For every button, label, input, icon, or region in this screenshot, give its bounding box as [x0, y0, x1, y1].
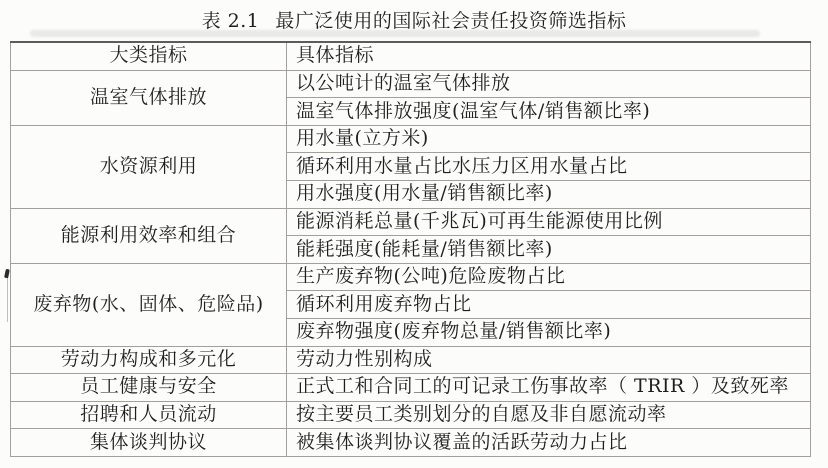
category-cell: 废弃物(水、固体、危险品) — [11, 263, 287, 346]
detail-cell: 能耗强度(能耗量/销售额比率) — [287, 236, 811, 264]
table-row: 温室气体排放以公吨计的温室气体排放 — [11, 70, 811, 98]
detail-cell: 循环利用废弃物占比 — [287, 291, 811, 319]
table-row: 废弃物(水、固体、危险品)生产废弃物(公吨)危险废物占比 — [11, 263, 811, 291]
indicator-table: 大类指标具体指标温室气体排放以公吨计的温室气体排放温室气体排放强度(温室气体/销… — [10, 41, 811, 457]
category-cell: 劳动力构成和多元化 — [11, 346, 287, 374]
table-caption: 表 2.1最广泛使用的国际社会责任投资筛选指标 — [0, 6, 828, 33]
detail-cell: 被集体谈判协议覆盖的活跃劳动力占比 — [287, 429, 811, 457]
detail-cell: 循环利用水量占比水压力区用水量占比 — [287, 153, 811, 181]
stray-ink-mark-tail — [7, 278, 8, 322]
category-cell: 集体谈判协议 — [11, 429, 287, 457]
detail-cell: 用水量(立方米) — [287, 125, 811, 153]
detail-cell: 劳动力性别构成 — [287, 346, 811, 374]
detail-cell: 按主要员工类别划分的自愿及非自愿流动率 — [287, 401, 811, 429]
detail-cell: 用水强度(用水量/销售额比率) — [287, 181, 811, 209]
detail-cell: 正式工和合同工的可记录工伤事故率（ TRIR ）及致死率 — [287, 374, 811, 402]
category-cell: 员工健康与安全 — [11, 374, 287, 402]
detail-cell: 生产废弃物(公吨)危险废物占比 — [287, 263, 811, 291]
scan-artifact — [30, 30, 760, 37]
category-cell: 能源利用效率和组合 — [11, 208, 287, 263]
table-row: 能源利用效率和组合能源消耗总量(千兆瓦)可再生能源使用比例 — [11, 208, 811, 236]
table-row: 集体谈判协议被集体谈判协议覆盖的活跃劳动力占比 — [11, 429, 811, 457]
detail-cell: 温室气体排放强度(温室气体/销售额比率) — [287, 98, 811, 126]
table-row: 员工健康与安全正式工和合同工的可记录工伤事故率（ TRIR ）及致死率 — [11, 374, 811, 402]
detail-cell: 以公吨计的温室气体排放 — [287, 70, 811, 98]
table-row: 水资源利用用水量(立方米) — [11, 125, 811, 153]
table-row: 招聘和人员流动按主要员工类别划分的自愿及非自愿流动率 — [11, 401, 811, 429]
header-category-cell: 大类指标 — [11, 42, 287, 70]
category-cell: 温室气体排放 — [11, 70, 287, 125]
detail-cell: 能源消耗总量(千兆瓦)可再生能源使用比例 — [287, 208, 811, 236]
table-caption-title: 最广泛使用的国际社会责任投资筛选指标 — [275, 10, 626, 32]
detail-cell: 废弃物强度(废弃物总量/销售额比率) — [287, 318, 811, 346]
category-cell: 水资源利用 — [11, 125, 287, 208]
table-caption-number: 表 2.1 — [202, 10, 260, 32]
table-row: 劳动力构成和多元化劳动力性别构成 — [11, 346, 811, 374]
header-detail-cell: 具体指标 — [287, 42, 811, 70]
category-cell: 招聘和人员流动 — [11, 401, 287, 429]
table-header-row: 大类指标具体指标 — [11, 42, 811, 70]
